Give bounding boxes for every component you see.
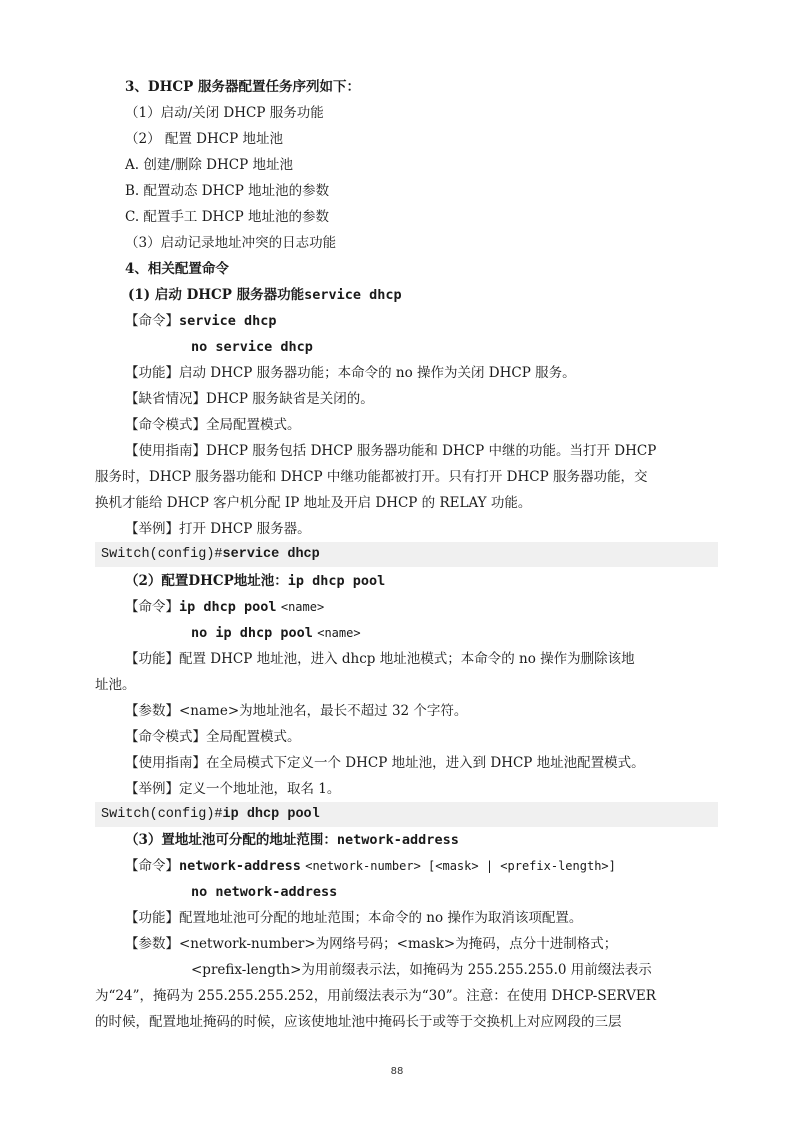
- page-number: 88: [0, 1066, 794, 1077]
- cmd3-param-line3: 为“24”，掩码为 255.255.255.252，用前缀法表示为“30”。注意…: [95, 987, 656, 1005]
- code-command: service dhcp: [223, 547, 320, 562]
- cmd1-title-cmd: service dhcp: [304, 287, 402, 303]
- code-command: ip dhcp pool: [223, 807, 320, 822]
- cmd2-guide-row: 【使用指南】在全局模式下定义一个 DHCP 地址池，进入到 DHCP 地址池配置…: [125, 754, 645, 772]
- cmd1-command: service dhcp: [179, 313, 277, 329]
- cmd1-title-text: (1) 启动 DHCP 服务器功能: [128, 287, 304, 303]
- cmd1-default: DHCP 服务缺省是关闭的。: [206, 391, 374, 407]
- command-label: 【命令】: [125, 599, 179, 615]
- task-item-a: A. 创建/删除 DHCP 地址池: [125, 156, 293, 174]
- task-item-b: B. 配置动态 DHCP 地址池的参数: [125, 182, 329, 200]
- cmd2-mode-row: 【命令模式】全局配置模式。: [125, 728, 301, 746]
- cmd3-function-row: 【功能】配置地址池可分配的地址范围；本命令的 no 操作为取消该项配置。: [125, 909, 582, 927]
- cmd2-code-example: Switch(config)#ip dhcp pool: [95, 802, 718, 827]
- cmd2-example: 定义一个地址池，取名 1。: [179, 781, 340, 797]
- cmd2-command-arg: <name>: [281, 600, 324, 614]
- guide-label: 【使用指南】: [125, 755, 206, 771]
- cmd1-default-row: 【缺省情况】DHCP 服务缺省是关闭的。: [125, 390, 374, 408]
- param-label: 【参数】: [125, 936, 179, 952]
- cmd1-command-no: no service dhcp: [191, 338, 313, 356]
- task-item-1: （1）启动/关闭 DHCP 服务功能: [125, 104, 324, 122]
- guide-label: 【使用指南】: [125, 443, 206, 459]
- cmd2-command-no: no ip dhcp pool: [191, 625, 313, 641]
- cmd2-mode: 全局配置模式。: [206, 729, 301, 745]
- cmd1-example-row: 【举例】打开 DHCP 服务器。: [125, 520, 311, 538]
- cmd3-param-line4: 的时候，配置地址掩码的时候，应该使地址池中掩码长于或等于交换机上对应网段的三层: [95, 1013, 622, 1031]
- cmd1-guide-row: 【使用指南】DHCP 服务包括 DHCP 服务器功能和 DHCP 中继的功能。当…: [125, 442, 656, 460]
- cmd2-title-cmd: ip dhcp pool: [288, 573, 386, 589]
- cmd1-code-example: Switch(config)#service dhcp: [95, 542, 718, 567]
- task-item-2: （2） 配置 DHCP 地址池: [125, 130, 283, 148]
- cmd2-guide: 在全局模式下定义一个 DHCP 地址池，进入到 DHCP 地址池配置模式。: [206, 755, 645, 771]
- cmd2-example-row: 【举例】定义一个地址池，取名 1。: [125, 780, 340, 798]
- cmd3-command-args: <network-number> [<mask> | <prefix-lengt…: [305, 859, 616, 873]
- cmd3-title-cmd: network-address: [337, 832, 459, 848]
- cmd2-title-text: （2）配置DHCP地址池：: [125, 573, 288, 589]
- cmd2-command-row: 【命令】ip dhcp pool <name>: [125, 598, 324, 616]
- cmd1-command-row: 【命令】service dhcp: [125, 312, 277, 330]
- document-page: 3、DHCP 服务器配置任务序列如下： （1）启动/关闭 DHCP 服务功能 （…: [0, 0, 794, 1123]
- function-label: 【功能】: [125, 651, 179, 667]
- cmd1-guide-line3: 换机才能给 DHCP 客户机分配 IP 地址及开启 DHCP 的 RELAY 功…: [95, 494, 531, 512]
- cmd1-example: 打开 DHCP 服务器。: [179, 521, 311, 537]
- task-item-c: C. 配置手工 DHCP 地址池的参数: [125, 208, 329, 226]
- cmd3-param-row: 【参数】<network-number>为网络号码；<mask>为掩码，点分十进…: [125, 935, 617, 953]
- cmd2-command-no-row: no ip dhcp pool <name>: [191, 624, 361, 642]
- cmd2-function-line1: 配置 DHCP 地址池，进入 dhcp 地址池模式；本命令的 no 操作为删除该…: [179, 651, 635, 667]
- mode-label: 【命令模式】: [125, 729, 206, 745]
- cmd3-param-line1: <network-number>为网络号码；<mask>为掩码，点分十进制格式；: [179, 936, 617, 952]
- cmd2-command-no-arg: <name>: [317, 626, 360, 640]
- cmd3-title: （3）置地址池可分配的地址范围：network-address: [125, 831, 459, 849]
- section-4-heading: 4、相关配置命令: [125, 260, 229, 278]
- task-item-3: （3）启动记录地址冲突的日志功能: [125, 234, 336, 252]
- cmd1-mode: 全局配置模式。: [206, 417, 301, 433]
- example-label: 【举例】: [125, 781, 179, 797]
- command-label: 【命令】: [125, 313, 179, 329]
- section-3-heading: 3、DHCP 服务器配置任务序列如下：: [125, 78, 360, 96]
- cmd1-function-row: 【功能】启动 DHCP 服务器功能；本命令的 no 操作为关闭 DHCP 服务。: [125, 364, 576, 382]
- cmd3-function: 配置地址池可分配的地址范围；本命令的 no 操作为取消该项配置。: [179, 910, 582, 926]
- cmd2-command: ip dhcp pool: [179, 599, 277, 615]
- param-label: 【参数】: [125, 703, 179, 719]
- command-label: 【命令】: [125, 858, 179, 874]
- cmd2-title: （2）配置DHCP地址池：ip dhcp pool: [125, 572, 385, 590]
- cmd3-command: network-address: [179, 858, 301, 874]
- function-label: 【功能】: [125, 910, 179, 926]
- default-label: 【缺省情况】: [125, 391, 206, 407]
- cmd3-title-text: （3）置地址池可分配的地址范围：: [125, 832, 337, 848]
- mode-label: 【命令模式】: [125, 417, 206, 433]
- cmd3-param-line2: <prefix-length>为用前缀表示法，如掩码为 255.255.255.…: [191, 961, 652, 979]
- code-prompt: Switch(config)#: [101, 807, 223, 822]
- code-prompt: Switch(config)#: [101, 547, 223, 562]
- cmd2-function-row: 【功能】配置 DHCP 地址池，进入 dhcp 地址池模式；本命令的 no 操作…: [125, 650, 635, 668]
- cmd2-function-line2: 址池。: [95, 676, 136, 694]
- cmd3-command-row: 【命令】network-address <network-number> [<m…: [125, 857, 616, 875]
- cmd2-param: <name>为地址池名，最长不超过 32 个字符。: [179, 703, 467, 719]
- cmd3-command-no: no network-address: [191, 883, 337, 901]
- cmd2-param-row: 【参数】<name>为地址池名，最长不超过 32 个字符。: [125, 702, 467, 720]
- cmd1-guide-line1: DHCP 服务包括 DHCP 服务器功能和 DHCP 中继的功能。当打开 DHC…: [206, 443, 656, 459]
- cmd1-title: (1) 启动 DHCP 服务器功能service dhcp: [128, 286, 402, 304]
- cmd1-mode-row: 【命令模式】全局配置模式。: [125, 416, 301, 434]
- cmd1-guide-line2: 服务时，DHCP 服务器功能和 DHCP 中继功能都被打开。只有打开 DHCP …: [95, 468, 647, 486]
- cmd1-function: 启动 DHCP 服务器功能；本命令的 no 操作为关闭 DHCP 服务。: [179, 365, 576, 381]
- function-label: 【功能】: [125, 365, 179, 381]
- example-label: 【举例】: [125, 521, 179, 537]
